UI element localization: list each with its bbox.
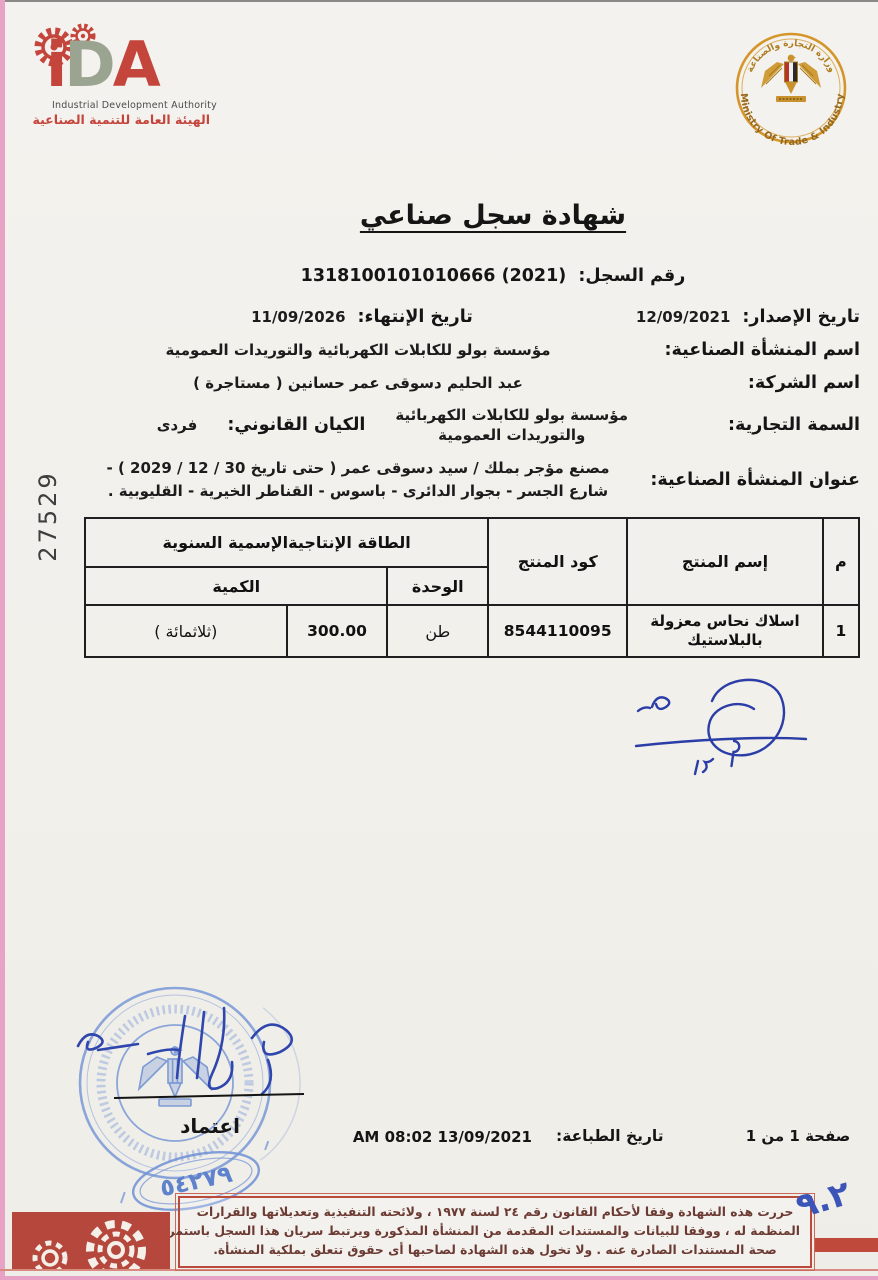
footer-red-bar <box>815 1238 878 1252</box>
issue-date-value: 12/09/2021 <box>636 308 730 326</box>
trade-name-line1: مؤسسة بولو للكابلات الكهربائية <box>395 405 628 425</box>
disclaimer-line1: حررت هذه الشهادة وفقا لأحكام القانون رقم… <box>190 1203 800 1222</box>
legal-entity-value: فردى <box>157 416 198 434</box>
row-unit: طن <box>387 605 488 657</box>
expiry-date-label: تاريخ الإنتهاء: <box>358 307 473 327</box>
col-product-name: إسم المنتج <box>627 518 823 605</box>
trade-name-line2: والتوريدات العمومية <box>395 425 628 445</box>
footer-gears-banner <box>12 1212 170 1269</box>
col-product-code: كود المنتج <box>488 518 627 605</box>
col-annual-capacity: الطاقة الإنتاجيةالإسمية السنوية <box>85 518 488 567</box>
facility-name-row: اسم المنشأة الصناعية: مؤسسة بولو للكابلا… <box>88 333 860 366</box>
trade-name-value: مؤسسة بولو للكابلات الكهربائية والتوريدا… <box>395 405 628 446</box>
company-name-label: اسم الشركة: <box>628 373 860 393</box>
registry-number-value: 1318100101010666 (2021) <box>301 266 573 286</box>
print-date-label: تاريخ الطباعة: <box>556 1127 664 1145</box>
col-quantity: الكمية <box>85 567 387 605</box>
expiry-date-value: 11/09/2026 <box>251 308 345 326</box>
issue-date-label: تاريخ الإصدار: <box>742 307 860 327</box>
row-product-name: اسلاك نحاس معزولة بالبلاستيك <box>627 605 823 657</box>
address-label: عنوان المنشأة الصناعية: <box>628 470 860 490</box>
registry-number-line: رقم السجل: 1318100101010666 (2021) <box>90 266 878 286</box>
address-row: عنوان المنشأة الصناعية: مصنع مؤجر بملك /… <box>88 451 860 509</box>
trade-name-label: السمة التجارية: <box>628 415 860 435</box>
company-name-row: اسم الشركة: عبد الحليم دسوقى عمر حسانين … <box>88 366 860 399</box>
scan-edge-left <box>0 0 5 1280</box>
ida-name-ar: الهيئة العامة للتنمية الصناعية <box>52 112 210 127</box>
row-serial: 1 <box>823 605 859 657</box>
disclaimer-line2: المنظمة له ، ووفقا للبيانات والمستندات ا… <box>190 1222 800 1241</box>
row-quantity: 300.00 <box>287 605 388 657</box>
address-value: مصنع مؤجر بملك / سيد دسوقى عمر ( حتى تار… <box>88 457 628 504</box>
ida-letter-a: A <box>113 28 158 101</box>
disclaimer-line3: صحة المستندات الصادرة عنه . ولا تخول هذه… <box>190 1241 800 1260</box>
facility-name-label: اسم المنشأة الصناعية: <box>628 340 860 360</box>
trade-name-row: السمة التجارية: مؤسسة بولو للكابلات الكه… <box>88 399 860 451</box>
ida-name-en: Industrial Development Authority <box>52 100 210 111</box>
certificate-page: iDA Industrial Development Authority اله… <box>0 0 878 1280</box>
legal-disclaimer-box: حررت هذه الشهادة وفقا لأحكام القانون رقم… <box>178 1196 812 1268</box>
address-line2: شارع الجسر - بجوار الدائرى - باسوس - الق… <box>88 480 628 503</box>
row-quantity-words: (ثلاثمائة ) <box>85 605 287 657</box>
document-serial-vertical: 27529 <box>34 456 62 576</box>
ministry-emblem: وزارة التجارة والصناعة Ministry Of Trade… <box>724 26 860 158</box>
row-product-code: 8544110095 <box>488 605 627 657</box>
ida-acronym: iDA <box>46 34 158 96</box>
facility-name-value: مؤسسة بولو للكابلات الكهربائية والتوريدا… <box>88 341 628 359</box>
scan-edge-top <box>0 0 878 2</box>
page-number: صفحة 1 من 1 <box>742 1127 854 1145</box>
ida-logo: iDA Industrial Development Authority اله… <box>20 20 210 128</box>
certificate-fields: تاريخ الإصدار: 12/09/2021 تاريخ الإنتهاء… <box>88 300 860 509</box>
company-name-value: عبد الحليم دسوقى عمر حسانين ( مستاجرة ) <box>88 374 628 392</box>
ida-letter-i: i <box>46 28 64 101</box>
egypt-eagle-icon <box>761 55 821 102</box>
address-line1: مصنع مؤجر بملك / سيد دسوقى عمر ( حتى تار… <box>88 457 628 480</box>
gears-banner-icon <box>12 1212 170 1269</box>
scan-edge-bottom <box>0 1276 878 1280</box>
products-table: م إسم المنتج كود المنتج الطاقة الإنتاجية… <box>84 517 860 658</box>
dates-row: تاريخ الإصدار: 12/09/2021 تاريخ الإنتهاء… <box>88 300 860 333</box>
handwritten-number: ٩.٢ <box>792 1173 855 1226</box>
signature-handwritten <box>620 663 820 783</box>
legal-entity-label: الكيان القانوني: <box>227 415 365 435</box>
registry-number-label: رقم السجل: <box>578 266 685 286</box>
page-title: شهادة سجل صناعي <box>360 200 626 231</box>
col-unit: الوحدة <box>387 567 488 605</box>
print-date-value: AM 08:02 13/09/2021 <box>350 1128 532 1146</box>
bottom-rule <box>0 1269 878 1271</box>
ida-letter-d: D <box>64 28 112 101</box>
col-serial: م <box>823 518 859 605</box>
table-row: 1 اسلاك نحاس معزولة بالبلاستيك 854411009… <box>85 605 859 657</box>
approval-label: اعتماد <box>172 1114 248 1138</box>
